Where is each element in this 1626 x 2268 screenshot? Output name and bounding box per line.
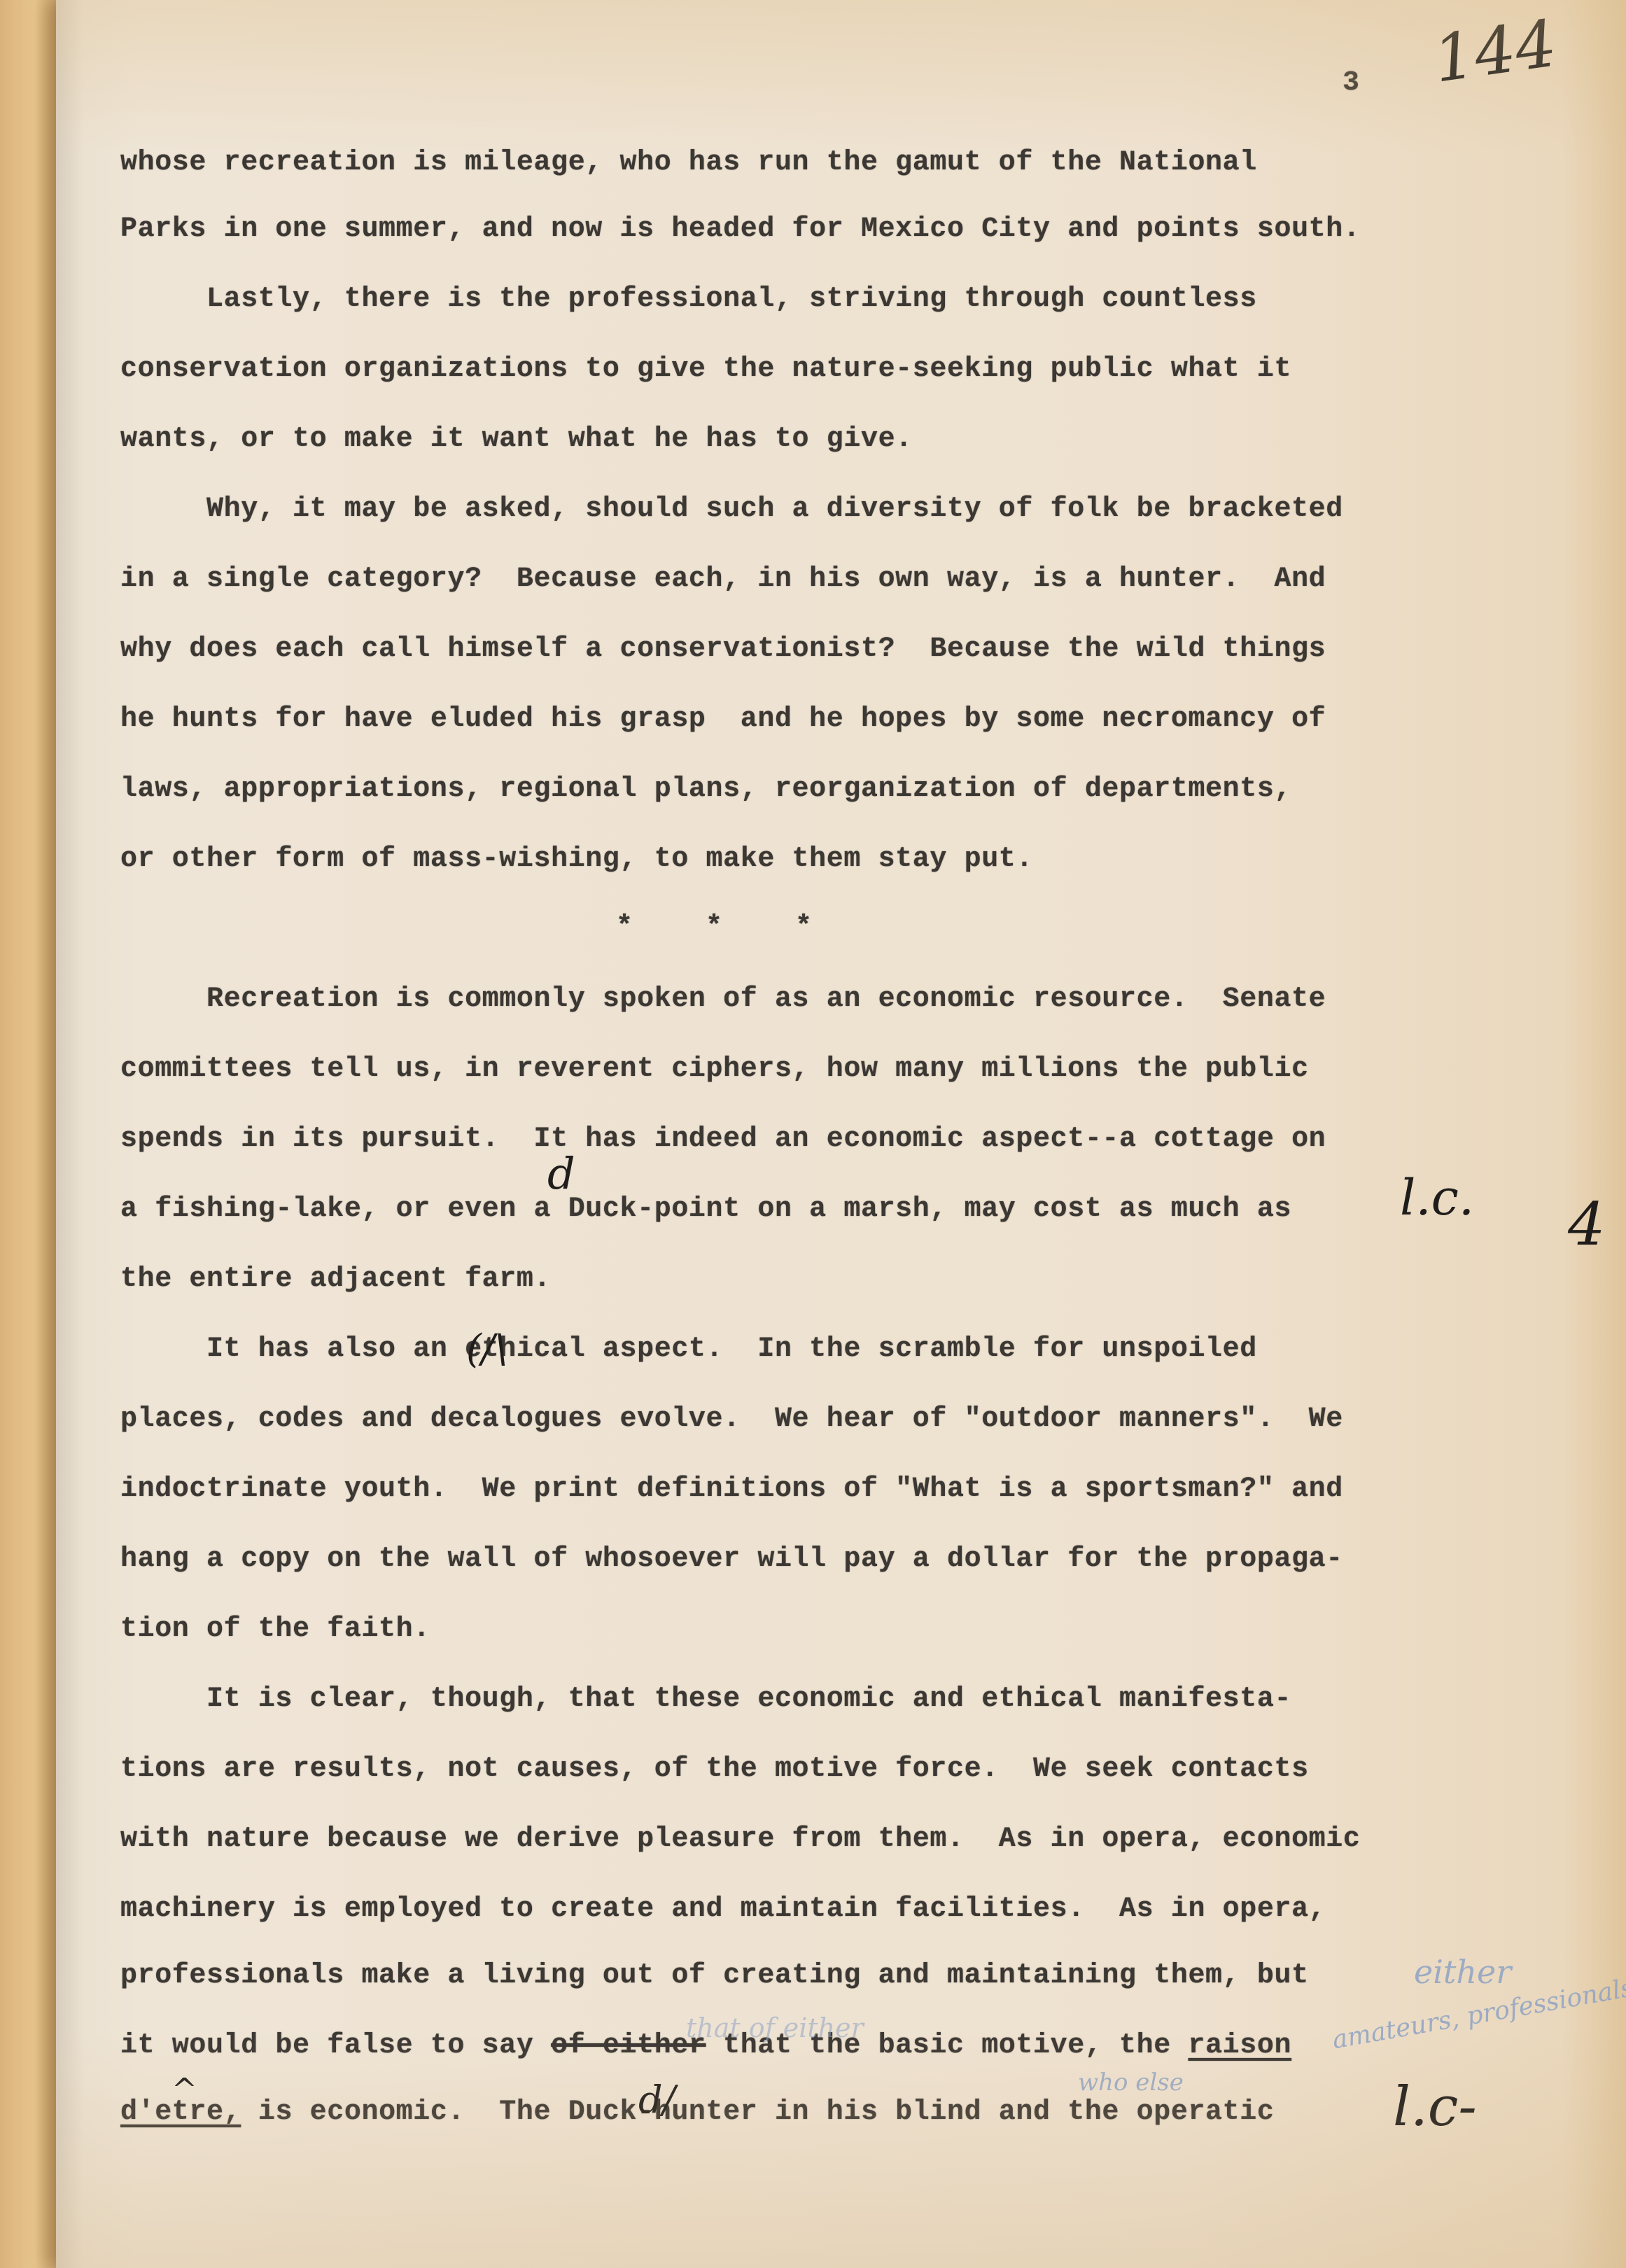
typed-page-number: 3: [1343, 67, 1360, 99]
insert-mark-d: d: [547, 1148, 575, 1199]
text-line: with nature because we derive pleasure f…: [120, 1823, 1360, 1855]
circumflex-mark: ^: [171, 2072, 197, 2108]
ethical-correction-mark: (/\: [466, 1326, 508, 1372]
text-line: hang a copy on the wall of whosoever wil…: [120, 1543, 1343, 1575]
folder-edge: [0, 0, 63, 2268]
text-line: tions are results, not causes, of the mo…: [120, 1753, 1309, 1785]
section-divider: * * *: [616, 911, 840, 943]
text-line: professionals make a living out of creat…: [120, 1960, 1309, 1991]
text-line: It has also an ethical aspect. In the sc…: [120, 1333, 1257, 1365]
underlined-text: raison: [1188, 2030, 1291, 2061]
text-line: Parks in one summer, and now is headed f…: [120, 213, 1360, 245]
margin-note-lc: l.c.: [1400, 1169, 1474, 1226]
text-line: whose recreation is mileage, who has run…: [120, 147, 1257, 178]
duck-correction-mark: d/: [638, 2078, 675, 2122]
margin-note-4: 4: [1568, 1190, 1605, 1259]
text-line: places, codes and decalogues evolve. We …: [120, 1403, 1343, 1435]
text-segment: is economic. The Duck-hunter in his blin…: [241, 2096, 1274, 2128]
text-line: tion of the faith.: [120, 1613, 430, 1645]
text-line: machinery is employed to create and main…: [120, 1893, 1326, 1925]
struck-text: of either: [551, 2030, 706, 2061]
text-line: Recreation is commonly spoken of as an e…: [120, 983, 1326, 1015]
blue-pencil-note: either: [1414, 1953, 1511, 1991]
blue-pencil-note: who else: [1078, 2068, 1184, 2096]
text-line: why does each call himself a conservatio…: [120, 633, 1326, 665]
text-segment: it would be false to say: [120, 2030, 551, 2061]
text-line: It is clear, though, that these economic…: [120, 1683, 1291, 1715]
text-line: a fishing-lake, or even a Duck-point on …: [120, 1193, 1291, 1225]
text-line: the entire adjacent farm.: [120, 1263, 551, 1295]
text-line-with-edits: d'etre, is economic. The Duck-hunter in …: [120, 2096, 1274, 2128]
text-line: he hunts for have eluded his grasp and h…: [120, 703, 1326, 735]
text-line: Why, it may be asked, should such a dive…: [120, 493, 1343, 525]
text-line: Lastly, there is the professional, striv…: [120, 283, 1257, 315]
text-line: in a single category? Because each, in h…: [120, 563, 1326, 595]
handwritten-folio-number: 144: [1429, 6, 1561, 97]
text-line: or other form of mass-wishing, to make t…: [120, 843, 1033, 875]
text-line: indoctrinate youth. We print definitions…: [120, 1473, 1343, 1505]
typescript-page: 3 144 whose recreation is mileage, who h…: [56, 0, 1626, 2268]
text-line: committees tell us, in reverent ciphers,…: [120, 1053, 1309, 1085]
text-line: wants, or to make it want what he has to…: [120, 423, 913, 455]
text-line: laws, appropriations, regional plans, re…: [120, 773, 1291, 805]
text-line: conservation organizations to give the n…: [120, 353, 1291, 385]
margin-note-lc: l.c-: [1393, 2075, 1477, 2138]
blue-pencil-note: that of either: [686, 2012, 864, 2043]
text-line: spends in its pursuit. It has indeed an …: [120, 1123, 1326, 1155]
